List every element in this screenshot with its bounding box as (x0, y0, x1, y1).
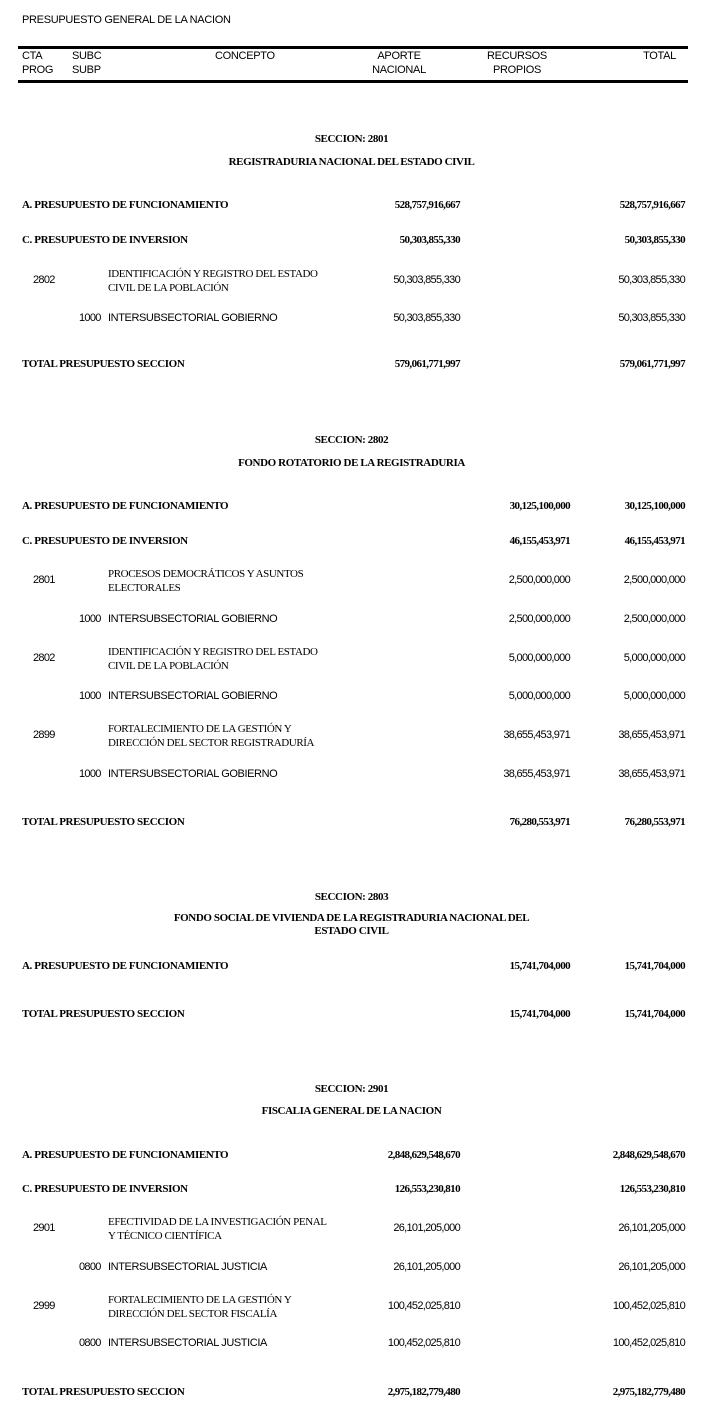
program-concept: EFECTIVIDAD DE LA INVESTIGACIÓN PENAL (108, 1215, 327, 1229)
section-number: SECCION: 2901 (0, 1083, 703, 1095)
aporte-nacional-value: 528,757,916,667 (330, 199, 460, 211)
funcionamiento-label: A. PRESUPUESTO DE FUNCIONAMIENTO (22, 500, 228, 512)
col-header-recursos-propios: RECURSOS PROPIOS (480, 49, 554, 77)
aporte-nacional-value: 50,303,855,330 (330, 312, 460, 324)
section-total-label: TOTAL PRESUPUESTO SECCION (22, 358, 184, 370)
aporte-nacional-value: 26,101,205,000 (330, 1261, 460, 1273)
subprogram-code: 1000 (79, 690, 101, 702)
funcionamiento-label: A. PRESUPUESTO DE FUNCIONAMIENTO (22, 199, 228, 211)
total-value: 100,452,025,810 (555, 1300, 685, 1312)
subprogram-code: 1000 (79, 312, 101, 324)
program-concept: PROCESOS DEMOCRÁTICOS Y ASUNTOS (108, 567, 303, 581)
subprogram-concept: INTERSUBSECTORIAL GOBIERNO (108, 613, 277, 625)
program-concept: DIRECCIÓN DEL SECTOR FISCALÍA (108, 1307, 277, 1321)
total-value: 50,303,855,330 (555, 234, 685, 246)
program-concept: Y TÉCNICO CIENTÍFICA (108, 1229, 222, 1243)
program-concept: DIRECCIÓN DEL SECTOR REGISTRADURÍA (108, 736, 314, 750)
program-concept: FORTALECIMIENTO DE LA GESTIÓN Y (108, 1293, 291, 1307)
section-total-label: TOTAL PRESUPUESTO SECCION (22, 1386, 184, 1398)
aporte-nacional-value: 579,061,771,997 (330, 358, 460, 370)
aporte-nacional-value: 26,101,205,000 (330, 1222, 460, 1234)
recursos-propios-value: 2,500,000,000 (440, 574, 570, 586)
recursos-propios-value: 46,155,453,971 (440, 535, 570, 547)
subprogram-concept: INTERSUBSECTORIAL GOBIERNO (108, 768, 277, 780)
recursos-propios-value: 15,741,704,000 (440, 1008, 570, 1020)
total-value: 76,280,553,971 (555, 816, 685, 828)
total-value: 126,553,230,810 (555, 1183, 685, 1195)
total-value: 2,975,182,779,480 (555, 1386, 685, 1398)
subprogram-code: 0800 (79, 1337, 101, 1349)
aporte-nacional-value: 126,553,230,810 (330, 1183, 460, 1195)
subprogram-code: 1000 (79, 768, 101, 780)
funcionamiento-label: A. PRESUPUESTO DE FUNCIONAMIENTO (22, 960, 228, 972)
program-code: 2802 (33, 652, 55, 664)
header-bottom-rule (18, 80, 688, 83)
section-number: SECCION: 2801 (0, 133, 703, 145)
section-number: SECCION: 2803 (0, 891, 703, 903)
col-header-concepto: CONCEPTO (215, 49, 275, 63)
aporte-nacional-value: 100,452,025,810 (330, 1300, 460, 1312)
col-header-subc-subp: SUBC SUBP (72, 49, 101, 77)
total-value: 46,155,453,971 (555, 535, 685, 547)
recursos-propios-value: 38,655,453,971 (440, 768, 570, 780)
total-value: 50,303,855,330 (555, 274, 685, 286)
total-value: 50,303,855,330 (555, 312, 685, 324)
inversion-label: C. PRESUPUESTO DE INVERSION (22, 1183, 188, 1195)
section-name: FONDO ROTATORIO DE LA REGISTRADURIA (0, 457, 703, 469)
total-value: 5,000,000,000 (555, 690, 685, 702)
total-value: 2,500,000,000 (555, 574, 685, 586)
section-name: REGISTRADURIA NACIONAL DEL ESTADO CIVIL (0, 156, 703, 168)
funcionamiento-label: A. PRESUPUESTO DE FUNCIONAMIENTO (22, 1149, 228, 1161)
aporte-nacional-value: 50,303,855,330 (330, 274, 460, 286)
recursos-propios-value: 38,655,453,971 (440, 729, 570, 741)
section-name: FONDO SOCIAL DE VIVIENDA DE LA REGISTRAD… (0, 912, 703, 924)
program-code: 2899 (33, 729, 55, 741)
recursos-propios-value: 76,280,553,971 (440, 816, 570, 828)
total-value: 2,500,000,000 (555, 613, 685, 625)
program-concept: IDENTIFICACIÓN Y REGISTRO DEL ESTADO (108, 267, 318, 281)
program-concept: FORTALECIMIENTO DE LA GESTIÓN Y (108, 722, 291, 736)
total-value: 579,061,771,997 (555, 358, 685, 370)
subprogram-concept: INTERSUBSECTORIAL JUSTICIA (108, 1261, 267, 1273)
total-value: 38,655,453,971 (555, 729, 685, 741)
section-total-label: TOTAL PRESUPUESTO SECCION (22, 1008, 184, 1020)
total-value: 100,452,025,810 (555, 1337, 685, 1349)
inversion-label: C. PRESUPUESTO DE INVERSION (22, 535, 188, 547)
subprogram-concept: INTERSUBSECTORIAL GOBIERNO (108, 312, 277, 324)
total-value: 38,655,453,971 (555, 768, 685, 780)
program-concept: IDENTIFICACIÓN Y REGISTRO DEL ESTADO (108, 645, 318, 659)
recursos-propios-value: 30,125,100,000 (440, 500, 570, 512)
col-header-cta-prog: CTA PROG (22, 49, 53, 77)
total-value: 26,101,205,000 (555, 1261, 685, 1273)
subprogram-concept: INTERSUBSECTORIAL GOBIERNO (108, 690, 277, 702)
program-concept: CIVIL DE LA POBLACIÓN (108, 281, 228, 295)
total-value: 30,125,100,000 (555, 500, 685, 512)
total-value: 26,101,205,000 (555, 1222, 685, 1234)
program-code: 2802 (33, 274, 55, 286)
subprogram-code: 1000 (79, 613, 101, 625)
section-name: ESTADO CIVIL (0, 925, 703, 937)
section-total-label: TOTAL PRESUPUESTO SECCION (22, 816, 184, 828)
header-top-rule (18, 46, 688, 49)
aporte-nacional-value: 100,452,025,810 (330, 1337, 460, 1349)
program-code: 2801 (33, 574, 55, 586)
program-concept: CIVIL DE LA POBLACIÓN (108, 659, 228, 673)
recursos-propios-value: 5,000,000,000 (440, 652, 570, 664)
recursos-propios-value: 5,000,000,000 (440, 690, 570, 702)
aporte-nacional-value: 2,848,629,548,670 (330, 1149, 460, 1161)
total-value: 15,741,704,000 (555, 1008, 685, 1020)
subprogram-concept: INTERSUBSECTORIAL JUSTICIA (108, 1337, 267, 1349)
aporte-nacional-value: 50,303,855,330 (330, 234, 460, 246)
program-code: 2999 (33, 1300, 55, 1312)
section-number: SECCION: 2802 (0, 434, 703, 446)
total-value: 5,000,000,000 (555, 652, 685, 664)
document-title: PRESUPUESTO GENERAL DE LA NACION (22, 14, 231, 26)
total-value: 2,848,629,548,670 (555, 1149, 685, 1161)
col-header-total: TOTAL (600, 49, 676, 63)
section-name: FISCALIA GENERAL DE LA NACION (0, 1105, 703, 1117)
recursos-propios-value: 15,741,704,000 (440, 960, 570, 972)
recursos-propios-value: 2,500,000,000 (440, 613, 570, 625)
col-header-aporte-nacional: APORTE NACIONAL (362, 49, 436, 77)
inversion-label: C. PRESUPUESTO DE INVERSION (22, 234, 188, 246)
program-concept: ELECTORALES (108, 581, 180, 595)
aporte-nacional-value: 2,975,182,779,480 (330, 1386, 460, 1398)
program-code: 2901 (33, 1222, 55, 1234)
total-value: 528,757,916,667 (555, 199, 685, 211)
subprogram-code: 0800 (79, 1261, 101, 1273)
total-value: 15,741,704,000 (555, 960, 685, 972)
